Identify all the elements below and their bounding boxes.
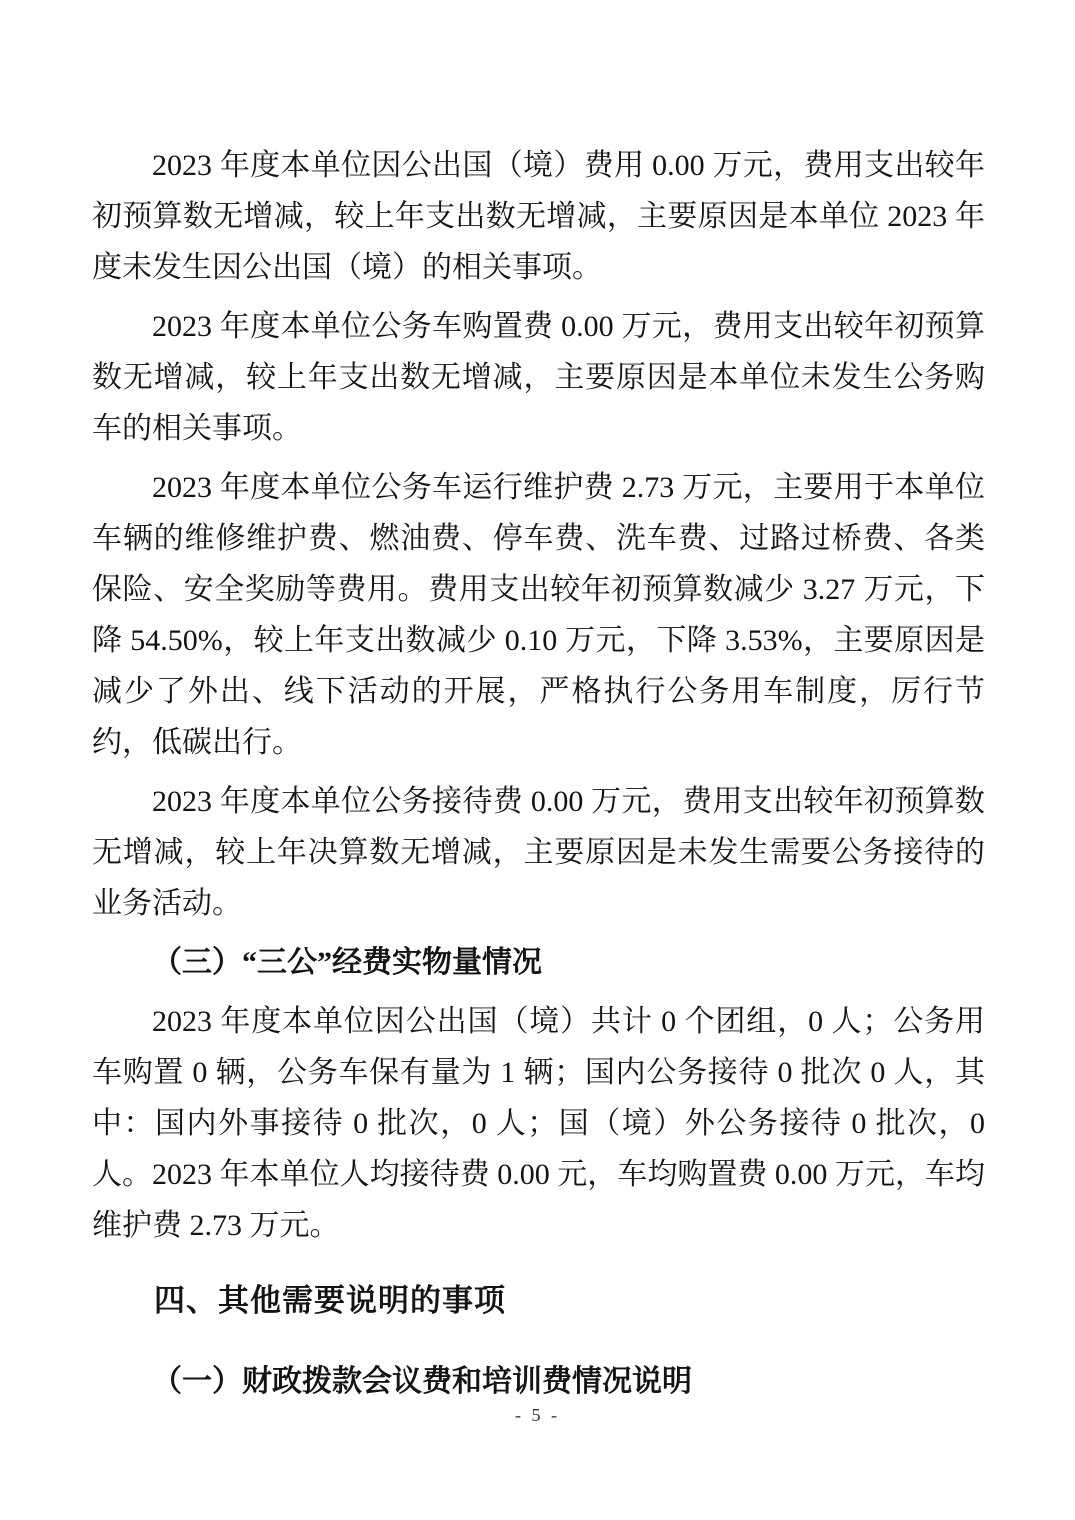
document-body: 2023 年度本单位因公出国（境）费用 0.00 万元，费用支出较年初预算数无增… xyxy=(92,140,985,1415)
page-number: - 5 - xyxy=(0,1402,1075,1428)
paragraph-official-reception-expense: 2023 年度本单位公务接待费 0.00 万元，费用支出较年初预算数无增减，较上… xyxy=(92,776,985,929)
section-heading-meeting-training-fee-note: （一）财政拨款会议费和培训费情况说明 xyxy=(92,1356,985,1407)
section-heading-three-public-funds-physical-quantity: （三）“三公”经费实物量情况 xyxy=(92,937,985,988)
document-page: 2023 年度本单位因公出国（境）费用 0.00 万元，费用支出较年初预算数无增… xyxy=(0,0,1075,1520)
paragraph-vehicle-purchase-expense: 2023 年度本单位公务车购置费 0.00 万元，费用支出较年初预算数无增减，较… xyxy=(92,301,985,454)
paragraph-physical-quantity-detail: 2023 年度本单位因公出国（境）共计 0 个团组，0 人；公务用车购置 0 辆… xyxy=(92,996,985,1251)
paragraph-overseas-travel-expense: 2023 年度本单位因公出国（境）费用 0.00 万元，费用支出较年初预算数无增… xyxy=(92,140,985,293)
chapter-heading-other-matters: 四、其他需要说明的事项 xyxy=(92,1275,985,1326)
paragraph-vehicle-maintenance-expense: 2023 年度本单位公务车运行维护费 2.73 万元，主要用于本单位车辆的维修维… xyxy=(92,462,985,768)
